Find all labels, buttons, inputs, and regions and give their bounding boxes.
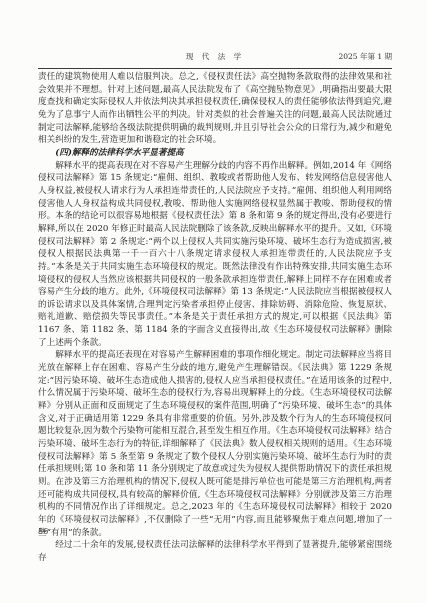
page-number: 56 bbox=[38, 527, 48, 536]
paragraph-1: 解释水平的提高表现在对不容易产生理解分歧的内容不再作出解释。例如,2014 年《… bbox=[38, 160, 392, 350]
issue-label: 2025 年第 1 期 bbox=[338, 51, 392, 62]
paragraph-continuation: 责任的建筑物使用人难以信服判决。总之,《侵权责任法》高空抛物条款取得的法律效果和… bbox=[38, 71, 392, 147]
paragraph-2: 解释水平的提高还表现在对容易产生解释困难的事项作细化规定。制定司法解释应当将目光… bbox=[38, 349, 392, 539]
section-heading: (四)解释的法律科学水平显著提高 bbox=[38, 147, 392, 160]
paragraph-3: 经过二十余年的发展,侵权责任法司法解释的法律科学水平得到了显著提升,能够紧密围绕… bbox=[38, 539, 392, 564]
article-body: 责任的建筑物使用人难以信服判决。总之,《侵权责任法》高空抛物条款取得的法律效果和… bbox=[38, 71, 392, 565]
header-rule bbox=[38, 68, 392, 69]
journal-page: 现 代 法 学 2025 年第 1 期 责任的建筑物使用人难以信服判决。总之,《… bbox=[0, 0, 427, 603]
page-header: 现 代 法 学 2025 年第 1 期 bbox=[38, 51, 392, 63]
